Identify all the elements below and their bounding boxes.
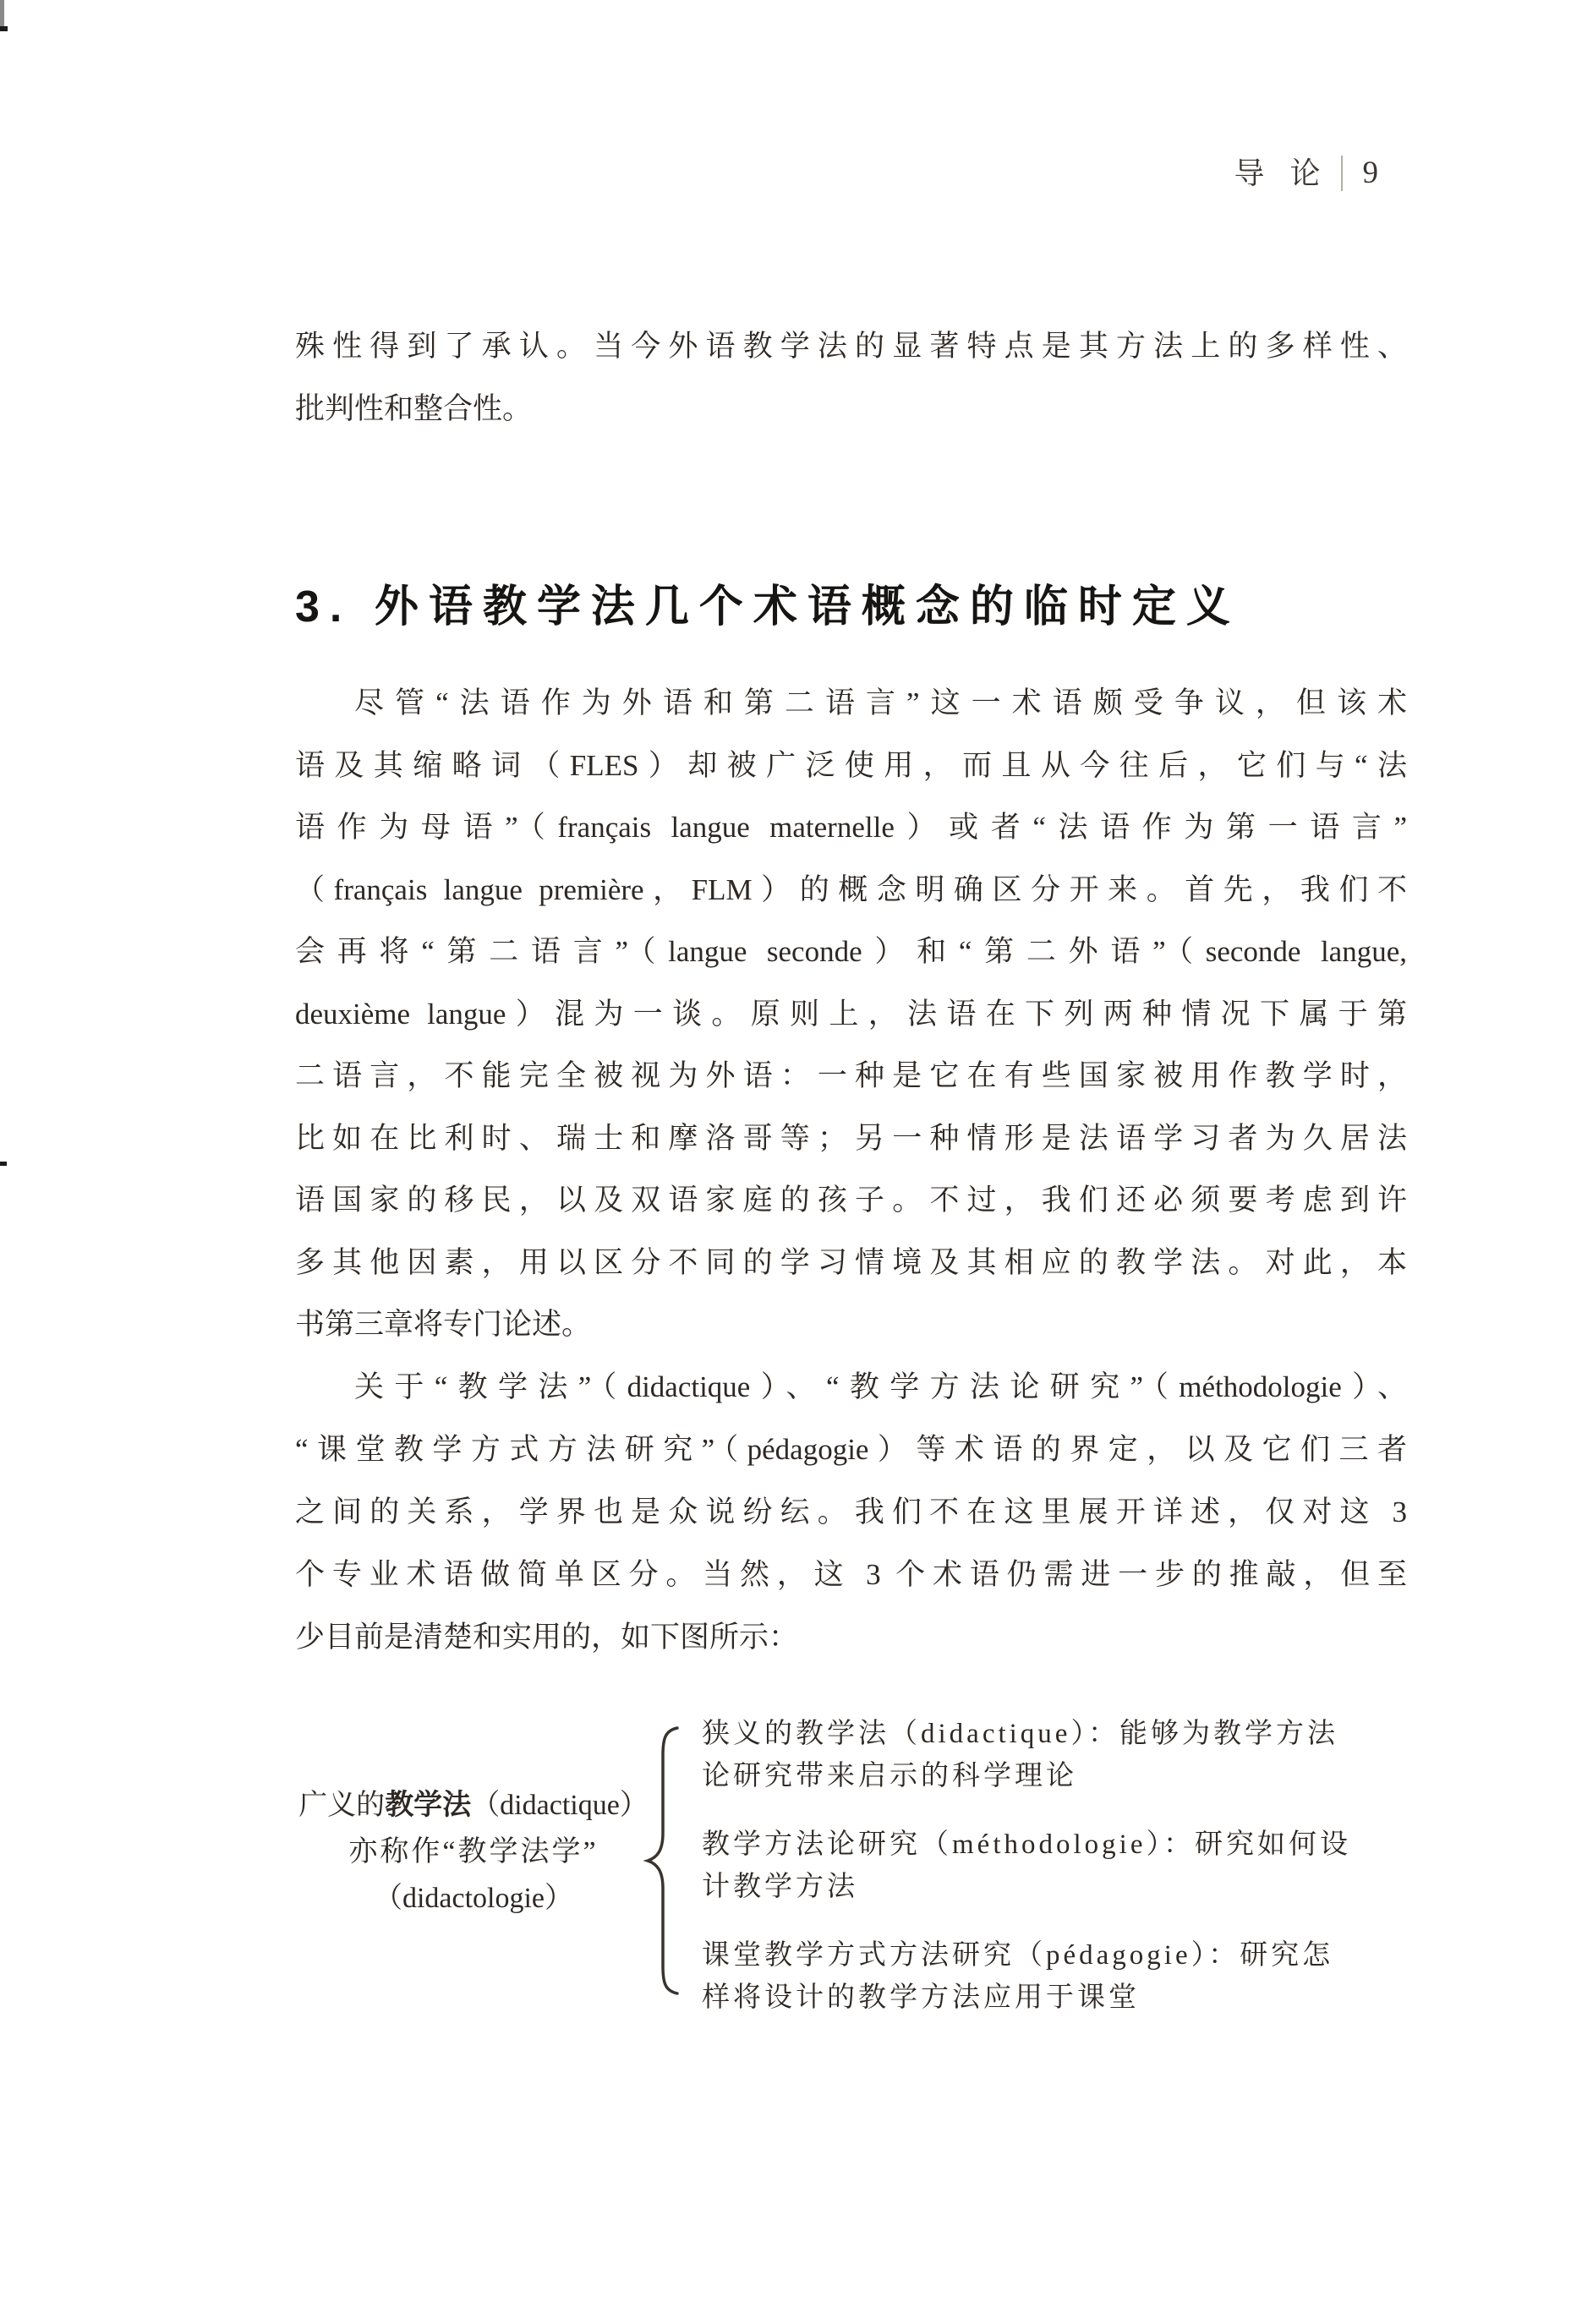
paragraph-line: 之间的关系，学界也是众说纷纭。我们不在这里展开详述，仅对这 3	[295, 1481, 1407, 1544]
curly-brace	[643, 1725, 681, 1997]
left-label-suffix: （didactique）	[471, 1790, 649, 1821]
definition-line: 狭义的教学法（didactique）：能够为教学方法	[702, 1713, 1409, 1755]
crop-mark-vertical	[0, 0, 4, 26]
header-divider-rule	[1341, 156, 1343, 191]
crop-mark-left-middle	[0, 1162, 7, 1166]
paragraph-line: 书第三章将专门论述。	[295, 1293, 1407, 1356]
header-page-number: 9	[1363, 156, 1379, 190]
definition-line: 论研究带来启示的科学理论	[702, 1755, 1409, 1797]
definition-line: 课堂教学方式方法研究（pédagogie）：研究怎	[702, 1934, 1409, 1977]
intro-paragraph: 殊性得到了承认。当今外语教学法的显著特点是其方法上的多样性、 批判性和整合性。	[295, 315, 1407, 440]
header-section-word: 论	[1289, 156, 1320, 190]
left-label-bold-term: 教学法	[385, 1789, 471, 1821]
section-heading: 3. 外语教学法几个术语概念的临时定义	[295, 577, 1240, 637]
left-label-prefix: 广义的	[298, 1790, 385, 1821]
running-header: 导 论 9	[1234, 156, 1378, 191]
diagram-left-label: 广义的教学法（didactique） 亦称作“教学法学” （didactolog…	[293, 1782, 654, 1922]
paragraph-line: 关于“教学法”（didactique）、“教学方法论研究”（méthodolog…	[295, 1356, 1407, 1419]
definition-item: 课堂教学方式方法研究（pédagogie）：研究怎 样将设计的教学方法应用于课堂	[702, 1934, 1409, 2019]
paragraph-line: 尽管“法语作为外语和第二语言”这一术语颇受争议，但该术	[295, 672, 1407, 735]
definition-line: 样将设计的教学方法应用于课堂	[702, 1977, 1409, 2019]
paragraph-line: 殊性得到了承认。当今外语教学法的显著特点是其方法上的多样性、	[295, 315, 1407, 378]
diagram-left-line2: 亦称作“教学法学”	[293, 1829, 654, 1875]
paragraph-line: 会再将“第二语言”（langue seconde）和“第二外语”（seconde…	[295, 921, 1407, 983]
diagram-left-line1: 广义的教学法（didactique）	[293, 1782, 654, 1829]
definition-line: 教学方法论研究（méthodologie）：研究如何设	[702, 1824, 1409, 1866]
diagram-definitions: 狭义的教学法（didactique）：能够为教学方法 论研究带来启示的科学理论 …	[702, 1713, 1409, 2045]
paragraph-line: 语及其缩略词（FLES）却被广泛使用，而且从今往后，它们与“法	[295, 735, 1407, 797]
paragraph-line: 批判性和整合性。	[295, 378, 1407, 440]
paragraph-line: “课堂教学方式方法研究”（pédagogie）等术语的界定，以及它们三者	[295, 1419, 1407, 1481]
paragraph-2: 关于“教学法”（didactique）、“教学方法论研究”（méthodolog…	[295, 1356, 1407, 1669]
crop-mark-horizontal	[0, 26, 8, 31]
paragraph-line: 个专业术语做简单区分。当然，这 3 个术语仍需进一步的推敲，但至	[295, 1544, 1407, 1606]
definition-line: 计教学方法	[702, 1866, 1409, 1908]
header-section-word: 导	[1234, 156, 1264, 190]
paragraph-line: 语国家的移民，以及双语家庭的孩子。不过，我们还必须要考虑到许	[295, 1169, 1407, 1232]
paragraph-line: （français langue première，FLM）的概念明确区分开来。…	[295, 859, 1407, 921]
definition-item: 教学方法论研究（méthodologie）：研究如何设 计教学方法	[702, 1824, 1409, 1908]
paragraph-line: deuxième langue）混为一谈。原则上，法语在下列两种情况下属于第	[295, 983, 1407, 1046]
paragraph-line: 多其他因素，用以区分不同的学习情境及其相应的教学法。对此，本	[295, 1232, 1407, 1294]
paragraph-line: 二语言，不能完全被视为外语：一种是它在有些国家被用作教学时，	[295, 1045, 1407, 1107]
paragraph-line: 少目前是清楚和实用的，如下图所示：	[295, 1606, 1407, 1669]
paragraph-line: 语作为母语”（français langue maternelle）或者“法语作…	[295, 796, 1407, 859]
definition-item: 狭义的教学法（didactique）：能够为教学方法 论研究带来启示的科学理论	[702, 1713, 1409, 1797]
paragraph-line: 比如在比利时、瑞士和摩洛哥等；另一种情形是法语学习者为久居法	[295, 1107, 1407, 1170]
book-page: 导 论 9 殊性得到了承认。当今外语教学法的显著特点是其方法上的多样性、 批判性…	[0, 0, 1571, 2324]
diagram-left-line3: （didactologie）	[293, 1875, 654, 1922]
paragraph-1: 尽管“法语作为外语和第二语言”这一术语颇受争议，但该术 语及其缩略词（FLES）…	[295, 672, 1407, 1356]
